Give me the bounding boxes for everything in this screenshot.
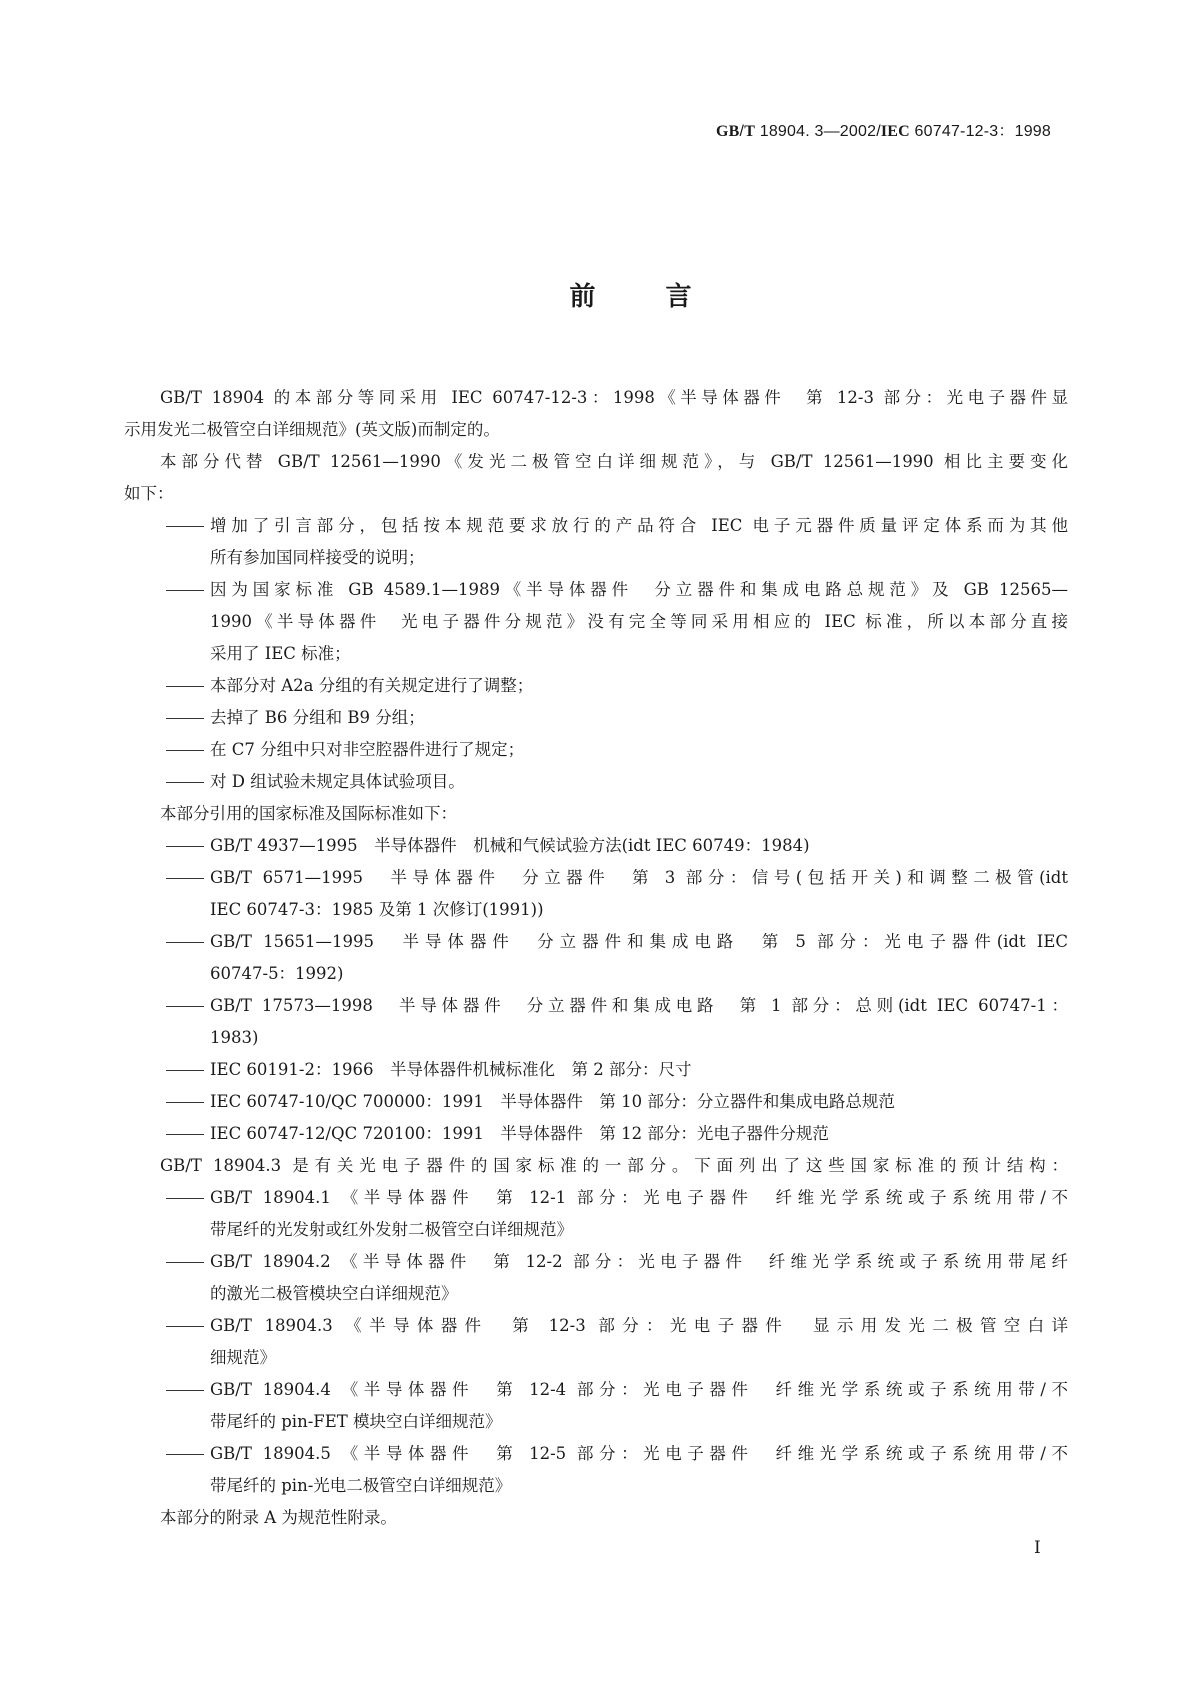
code-iec-number: 60747-12-3：1998 xyxy=(910,123,1051,140)
paragraph-3: 本部分引用的国家标准及国际标准如下： xyxy=(124,798,1068,830)
list-item-continuation: 带尾纤的光发射或红外发射二极管空白详细规范》 xyxy=(124,1214,1068,1246)
standard-code-header: GB/T 18904. 3—2002/IEC 60747-12-3：1998 xyxy=(716,118,1051,141)
list-item-text: GB/T 4937—1995 半导体器件 机械和气候试验方法(idt IEC 6… xyxy=(210,836,810,855)
list-item-text: GB/T 15651—1995 半导体器件 分立器件和集成电路 第 5 部分：光… xyxy=(210,932,1068,951)
list-item-text: IEC 60191-2：1966 半导体器件机械标准化 第 2 部分：尺寸 xyxy=(210,1060,691,1079)
list-item-text: GB/T 6571—1995 半导体器件 分立器件 第 3 部分：信号(包括开关… xyxy=(210,868,1068,887)
list-item-text: 因为国家标准 GB 4589.1—1989《半导体器件 分立器件和集成电路总规范… xyxy=(210,580,1068,599)
page-title: 前言 xyxy=(0,276,1191,313)
list-item-continuation: 采用了 IEC 标准； xyxy=(124,638,1068,670)
list-item-text: 去掉了 B6 分组和 B9 分组； xyxy=(210,708,425,727)
list-item: 增加了引言部分，包括按本规范要求放行的产品符合 IEC 电子元器件质量评定体系而… xyxy=(124,510,1068,574)
list-item-text: GB/T 18904.1 《半导体器件 第 12-1 部分：光电子器件 纤维光学… xyxy=(210,1188,1068,1207)
list-item-continuation: 所有参加国同样接受的说明； xyxy=(124,542,1068,574)
list-item-text: GB/T 18904.3 《半导体器件 第 12-3 部分：光电子器件 显示用发… xyxy=(210,1316,1068,1335)
list-item: 去掉了 B6 分组和 B9 分组； xyxy=(124,702,1068,734)
list-item: IEC 60191-2：1966 半导体器件机械标准化 第 2 部分：尺寸 xyxy=(124,1054,1068,1086)
list-item: 对 D 组试验未规定具体试验项目。 xyxy=(124,766,1068,798)
list-item-text: IEC 60747-10/QC 700000：1991 半导体器件 第 10 部… xyxy=(210,1092,895,1111)
paragraph-2-line-2: 如下： xyxy=(124,478,1068,510)
list-item: GB/T 18904.1 《半导体器件 第 12-1 部分：光电子器件 纤维光学… xyxy=(124,1182,1068,1246)
list-item-continuation: 带尾纤的 pin-FET 模块空白详细规范》 xyxy=(124,1406,1068,1438)
list-item-text: IEC 60747-12/QC 720100：1991 半导体器件 第 12 部… xyxy=(210,1124,829,1143)
list-item: GB/T 18904.3 《半导体器件 第 12-3 部分：光电子器件 显示用发… xyxy=(124,1310,1068,1374)
references-list: GB/T 4937—1995 半导体器件 机械和气候试验方法(idt IEC 6… xyxy=(124,830,1068,1150)
list-item: GB/T 15651—1995 半导体器件 分立器件和集成电路 第 5 部分：光… xyxy=(124,926,1068,990)
list-item: GB/T 18904.2 《半导体器件 第 12-2 部分：光电子器件 纤维光学… xyxy=(124,1246,1068,1310)
list-item: 本部分对 A2a 分组的有关规定进行了调整； xyxy=(124,670,1068,702)
list-item: 因为国家标准 GB 4589.1—1989《半导体器件 分立器件和集成电路总规范… xyxy=(124,574,1068,670)
changes-list: 增加了引言部分，包括按本规范要求放行的产品符合 IEC 电子元器件质量评定体系而… xyxy=(124,510,1068,798)
list-item-continuation: 的激光二极管模块空白详细规范》 xyxy=(124,1278,1068,1310)
list-item-text: 增加了引言部分，包括按本规范要求放行的产品符合 IEC 电子元器件质量评定体系而… xyxy=(210,516,1068,535)
paragraph-4: GB/T 18904.3 是有关光电子器件的国家标准的一部分。下面列出了这些国家… xyxy=(124,1150,1068,1182)
list-item: GB/T 17573—1998 半导体器件 分立器件和集成电路 第 1 部分：总… xyxy=(124,990,1068,1054)
paragraph-1-line-2: 示用发光二极管空白详细规范》(英文版)而制定的。 xyxy=(124,414,1068,446)
list-item-text: 在 C7 分组中只对非空腔器件进行了规定； xyxy=(210,740,524,759)
list-item-continuation: 60747-5：1992) xyxy=(124,958,1068,990)
list-item: GB/T 18904.5 《半导体器件 第 12-5 部分：光电子器件 纤维光学… xyxy=(124,1438,1068,1502)
list-item: IEC 60747-12/QC 720100：1991 半导体器件 第 12 部… xyxy=(124,1118,1068,1150)
paragraph-2-line-1: 本部分代替 GB/T 12561—1990《发光二极管空白详细规范》，与 GB/… xyxy=(124,446,1068,478)
list-item-text: GB/T 17573—1998 半导体器件 分立器件和集成电路 第 1 部分：总… xyxy=(210,996,1068,1015)
list-item-continuation: 1983) xyxy=(124,1022,1068,1054)
list-item: GB/T 18904.4 《半导体器件 第 12-4 部分：光电子器件 纤维光学… xyxy=(124,1374,1068,1438)
list-item-text: 对 D 组试验未规定具体试验项目。 xyxy=(210,772,465,791)
foreword-body: GB/T 18904 的本部分等同采用 IEC 60747-12-3：1998《… xyxy=(124,382,1068,1534)
list-item: GB/T 4937—1995 半导体器件 机械和气候试验方法(idt IEC 6… xyxy=(124,830,1068,862)
list-item: GB/T 6571—1995 半导体器件 分立器件 第 3 部分：信号(包括开关… xyxy=(124,862,1068,926)
list-item-continuation: 1990《半导体器件 光电子器件分规范》没有完全等同采用相应的 IEC 标准，所… xyxy=(124,606,1068,638)
list-item-text: GB/T 18904.4 《半导体器件 第 12-4 部分：光电子器件 纤维光学… xyxy=(210,1380,1068,1399)
list-item-text: GB/T 18904.5 《半导体器件 第 12-5 部分：光电子器件 纤维光学… xyxy=(210,1444,1068,1463)
title-char-1: 前 xyxy=(569,282,665,312)
list-item-continuation: 细规范》 xyxy=(124,1342,1068,1374)
code-number: 18904. 3—2002/ xyxy=(755,123,881,140)
structure-list: GB/T 18904.1 《半导体器件 第 12-1 部分：光电子器件 纤维光学… xyxy=(124,1182,1068,1502)
list-item-text: GB/T 18904.2 《半导体器件 第 12-2 部分：光电子器件 纤维光学… xyxy=(210,1252,1068,1271)
title-char-2: 言 xyxy=(666,282,692,312)
list-item-text: 本部分对 A2a 分组的有关规定进行了调整； xyxy=(210,676,533,695)
list-item: IEC 60747-10/QC 700000：1991 半导体器件 第 10 部… xyxy=(124,1086,1068,1118)
list-item-continuation: 带尾纤的 pin-光电二极管空白详细规范》 xyxy=(124,1470,1068,1502)
list-item-continuation: IEC 60747-3：1985 及第 1 次修订(1991)) xyxy=(124,894,1068,926)
page-number: I xyxy=(1034,1538,1041,1558)
code-gb: GB xyxy=(716,123,740,140)
list-item: 在 C7 分组中只对非空腔器件进行了规定； xyxy=(124,734,1068,766)
paragraph-1-line-1: GB/T 18904 的本部分等同采用 IEC 60747-12-3：1998《… xyxy=(124,382,1068,414)
code-t: T xyxy=(744,123,755,140)
paragraph-5: 本部分的附录 A 为规范性附录。 xyxy=(124,1502,1068,1534)
code-iec: IEC xyxy=(881,123,910,140)
